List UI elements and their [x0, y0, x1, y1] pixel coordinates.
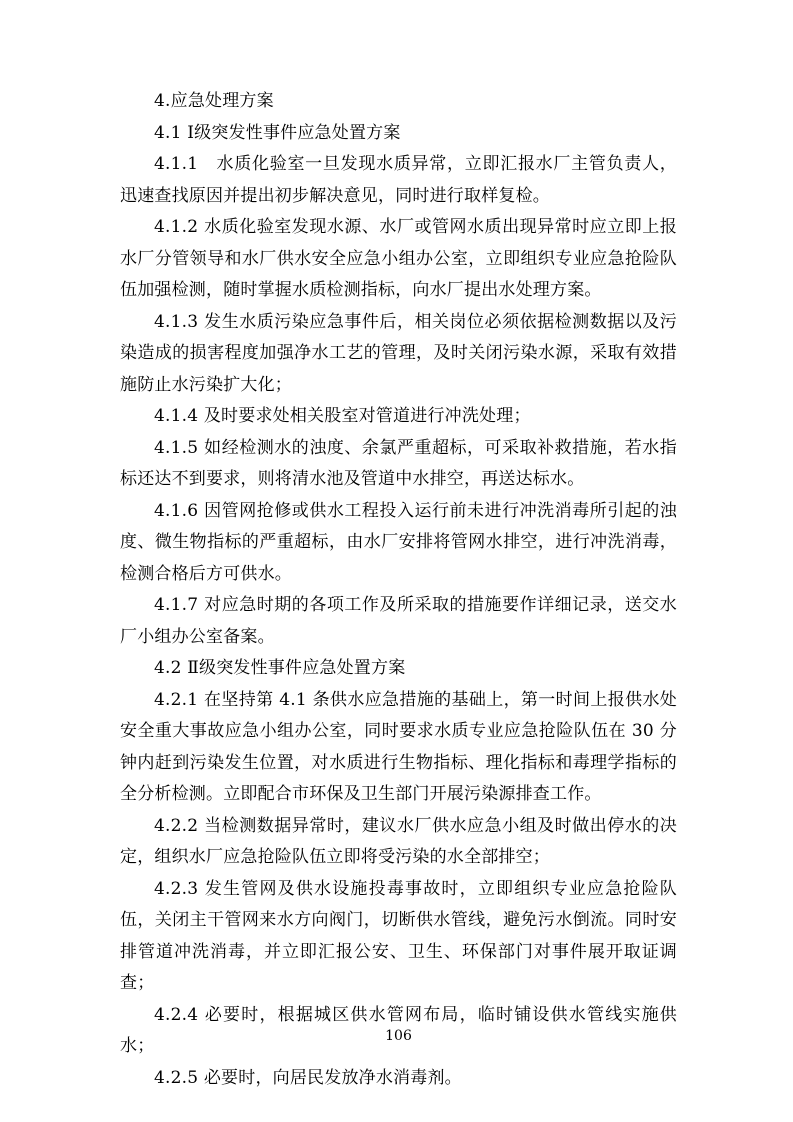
paragraph-4-1-7: 4.1.7 对应急时期的各项工作及所采取的措施要作详细记录，送交水厂小组办公室备…	[120, 590, 677, 653]
section-heading-4-2: 4.2 Ⅱ级突发性事件应急处置方案	[120, 653, 677, 685]
document-text-block: 4.应急处理方案 4.1 Ⅰ级突发性事件应急处置方案 4.1.1 水质化验室一旦…	[120, 86, 677, 1094]
paragraph-4-2-3: 4.2.3 发生管网及供水设施投毒事故时，立即组织专业应急抢险队伍，关闭主干管网…	[120, 874, 677, 1000]
paragraph-4-1-3: 4.1.3 发生水质污染应急事件后，相关岗位必须依据检测数据以及污染造成的损害程…	[120, 307, 677, 402]
paragraph-4-2-5: 4.2.5 必要时，向居民发放净水消毒剂。	[120, 1063, 677, 1095]
paragraph-4-1-4: 4.1.4 及时要求处相关股室对管道进行冲洗处理；	[120, 401, 677, 433]
paragraph-4-2-1: 4.2.1 在坚持第 4.1 条供水应急措施的基础上，第一时间上报供水处安全重大…	[120, 685, 677, 811]
paragraph-4-2-2: 4.2.2 当检测数据异常时，建议水厂供水应急小组及时做出停水的决定，组织水厂应…	[120, 811, 677, 874]
paragraph-4-1-6: 4.1.6 因管网抢修或供水工程投入运行前未进行冲洗消毒所引起的浊度、微生物指标…	[120, 496, 677, 591]
page-number: 106	[120, 1026, 677, 1046]
section-heading-4: 4.应急处理方案	[120, 86, 677, 118]
section-heading-4-1: 4.1 Ⅰ级突发性事件应急处置方案	[120, 118, 677, 150]
paragraph-4-1-2: 4.1.2 水质化验室发现水源、水厂或管网水质出现异常时应立即上报水厂分管领导和…	[120, 212, 677, 307]
paragraph-4-1-1: 4.1.1 水质化验室一旦发现水质异常，立即汇报水厂主管负责人，迅速查找原因并提…	[120, 149, 677, 212]
paragraph-4-1-5: 4.1.5 如经检测水的浊度、余氯严重超标，可采取补救措施，若水指标还达不到要求…	[120, 433, 677, 496]
document-page: 4.应急处理方案 4.1 Ⅰ级突发性事件应急处置方案 4.1.1 水质化验室一旦…	[0, 0, 793, 1122]
